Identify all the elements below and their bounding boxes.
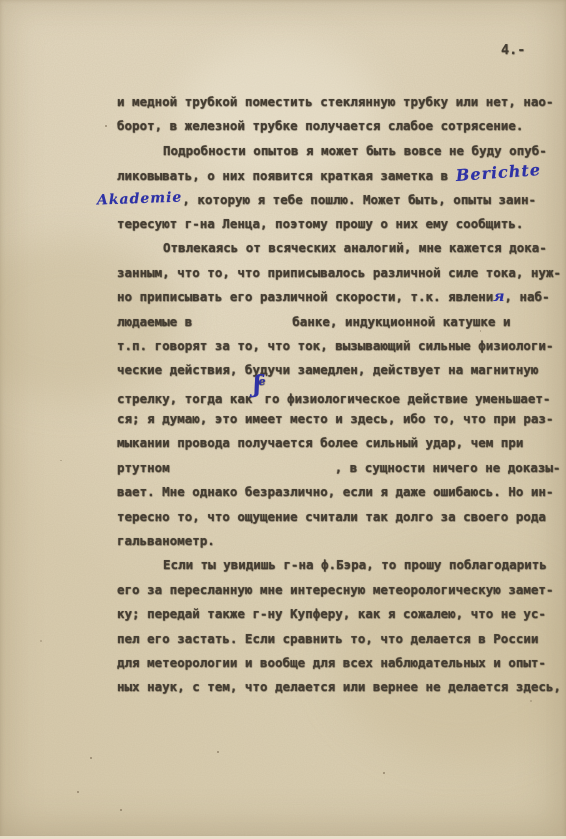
typed-segment: его за пересланную мне интересную метеор… xyxy=(117,582,554,597)
typed-line: тересно то, что ощущение считали так дол… xyxy=(117,505,566,529)
typed-line: Akademie, которую я тебе пошлю. Может бы… xyxy=(117,188,566,212)
scanned-letter-page: 4.- и медной трубкой поместить стеклянну… xyxy=(0,0,566,839)
paper-speck xyxy=(383,772,385,774)
typed-segment: людаемые в xyxy=(117,314,192,329)
typed-segment: мыкании провода получается более сильный… xyxy=(117,435,523,450)
typed-line: борот, в железной трубке получается слаб… xyxy=(117,114,566,138)
typed-segment: тересно то, что ощущение считали так дол… xyxy=(117,509,546,524)
typed-segment: и медной трубкой поместить стеклянную тр… xyxy=(117,94,554,109)
typed-segment: ческие действия, будучи замедлен, действ… xyxy=(117,362,538,377)
typed-line: занным, что то, что приписывалось различ… xyxy=(117,261,566,285)
typed-segment: пел его застать. Если сравнить то, что д… xyxy=(117,631,538,646)
blank-gap xyxy=(192,325,292,326)
typed-segment: борот, в железной трубке получается слаб… xyxy=(117,118,523,133)
typed-segment: , которую я тебе пошлю. Может быть, опыт… xyxy=(182,192,536,207)
typed-line: его за пересланную мне интересную метеор… xyxy=(117,578,566,602)
handwritten-word: Berichte xyxy=(455,158,542,188)
typed-segment: т.п. говорят за то, что ток, вызывающий … xyxy=(117,338,554,353)
handwritten-insertion-mark: ʃе xyxy=(252,383,264,403)
typed-segment: но приписывать его различной скорости, т… xyxy=(117,289,493,304)
typed-segment: ся; я думаю, это имеет место и здесь, иб… xyxy=(117,411,554,426)
paper-speck xyxy=(120,809,122,811)
overwritten-letter: я xyxy=(493,289,504,305)
typed-line: ся; я думаю, это имеет место и здесь, иб… xyxy=(117,407,566,431)
paper-speck xyxy=(90,757,92,759)
typed-line: ку; передай также г-ну Купферу, как я со… xyxy=(117,602,566,626)
typed-segment: ликовывать, о них появится краткая замет… xyxy=(117,168,456,183)
typed-segment: стрелку, тогда как xyxy=(117,391,252,406)
typed-segment: вает. Мне однако безразлично, если я даж… xyxy=(117,484,554,499)
paper-speck xyxy=(217,751,219,753)
typed-segment: , наб- xyxy=(504,289,549,304)
paper-speck xyxy=(105,125,107,127)
paper-speck xyxy=(60,460,62,461)
typed-line: Если ты увидишь г-на ф.Бэра, то прошу по… xyxy=(117,553,566,577)
typed-segment: ртутном xyxy=(117,460,170,475)
typed-line: пел его застать. Если сравнить то, что д… xyxy=(117,627,566,651)
typed-line: но приписывать его различной скорости, т… xyxy=(117,285,566,309)
paper-speck xyxy=(530,700,532,702)
typed-line: и медной трубкой поместить стеклянную тр… xyxy=(117,90,566,114)
typed-line: вает. Мне однако безразлично, если я даж… xyxy=(117,480,566,504)
typed-line: стрелку, тогда какʃего физиологическое д… xyxy=(117,383,566,407)
typed-line: тересуют г-на Ленца, поэтому прошу о них… xyxy=(117,212,566,236)
handwritten-word: Akademie xyxy=(97,185,183,212)
inserted-letter: е xyxy=(258,370,265,394)
typed-segment: Подробности опытов я может быть вовсе не… xyxy=(163,143,547,158)
typed-line: мыкании провода получается более сильный… xyxy=(117,431,566,455)
typed-line: ликовывать, о них появится краткая замет… xyxy=(117,163,566,187)
typed-segment: тересуют г-на Ленца, поэтому прошу о них… xyxy=(117,216,523,231)
typed-segment: занным, что то, что приписывалось различ… xyxy=(117,265,561,280)
typed-line: Подробности опытов я может быть вовсе не… xyxy=(117,139,566,163)
typed-segment: ных наук, с тем, что делается или вернее… xyxy=(117,679,561,694)
typed-segment: го физиологическое действие уменьшает- xyxy=(264,391,550,406)
typed-line: Отвлекаясь от всяческих аналогий, мне ка… xyxy=(117,236,566,260)
blank-gap xyxy=(170,471,335,472)
typed-segment: Отвлекаясь от всяческих аналогий, мне ка… xyxy=(163,240,547,255)
typed-line: для метеорологии и вообще для всех наблю… xyxy=(117,651,566,675)
typed-line: гальванометр. xyxy=(117,529,566,553)
typed-segment: гальванометр. xyxy=(117,533,215,548)
paper-speck xyxy=(77,791,79,793)
typed-line: ртутном, в сущности ничего не доказы- xyxy=(117,456,566,480)
typed-line: ных наук, с тем, что делается или вернее… xyxy=(117,675,566,699)
typed-line: ческие действия, будучи замедлен, действ… xyxy=(117,358,566,382)
typed-segment: для метеорологии и вообще для всех наблю… xyxy=(117,655,546,670)
typed-segment: ку; передай также г-ну Купферу, как я со… xyxy=(117,606,546,621)
page-number: 4.- xyxy=(501,42,525,58)
typed-segment: банке, индукционной катушке и xyxy=(292,314,510,329)
paper-speck xyxy=(40,640,42,642)
typed-segment: Если ты увидишь г-на ф.Бэра, то прошу по… xyxy=(163,557,547,572)
typed-line: т.п. говорят за то, что ток, вызывающий … xyxy=(117,334,566,358)
typed-text-block: и медной трубкой поместить стеклянную тр… xyxy=(117,90,566,700)
typed-line: людаемые вбанке, индукционной катушке и xyxy=(117,310,566,334)
typed-segment: , в сущности ничего не доказы- xyxy=(335,460,561,475)
